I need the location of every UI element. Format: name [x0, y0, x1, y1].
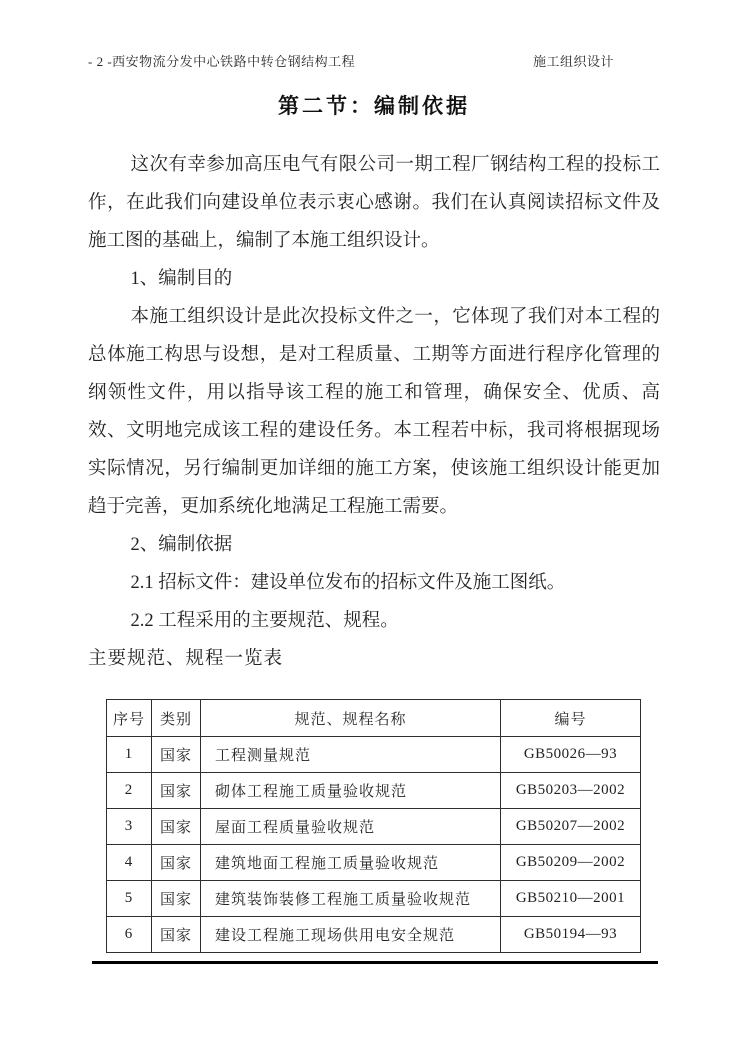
table-row: 3 国家 屋面工程质量验收规范 GB50207—2002 — [107, 809, 641, 845]
header-left-text: - 2 -西安物流分发中心铁路中转仓钢结构工程 — [88, 54, 355, 70]
cell-category: 国家 — [152, 809, 201, 845]
cell-name: 建设工程施工现场供用电安全规范 — [201, 917, 501, 953]
paragraph-intro: 这次有幸参加高压电气有限公司一期工程厂钢结构工程的投标工作，在此我们向建设单位表… — [88, 146, 660, 260]
column-header-category: 类别 — [152, 700, 201, 737]
cell-seq: 2 — [107, 773, 152, 809]
paragraph-purpose: 本施工组织设计是此次投标文件之一，它体现了我们对本工程的总体施工构思与设想，是对… — [88, 298, 660, 526]
cell-category: 国家 — [152, 737, 201, 773]
table-header-row: 序号 类别 规范、规程名称 编号 — [107, 700, 641, 737]
document-page: - 2 -西安物流分发中心铁路中转仓钢结构工程 施工组织设计 第二节：编制依据 … — [0, 0, 744, 1052]
cell-category: 国家 — [152, 845, 201, 881]
cell-code: GB50203—2002 — [501, 773, 641, 809]
cell-name: 建筑装饰装修工程施工质量验收规范 — [201, 881, 501, 917]
cell-code: GB50207—2002 — [501, 809, 641, 845]
footer-rule — [92, 961, 658, 964]
table-row: 6 国家 建设工程施工现场供用电安全规范 GB50194—93 — [107, 917, 641, 953]
heading-basis: 2、编制依据 — [88, 526, 660, 564]
cell-category: 国家 — [152, 917, 201, 953]
column-header-name: 规范、规程名称 — [201, 700, 501, 737]
section-title: 第二节：编制依据 — [88, 91, 660, 121]
cell-seq: 4 — [107, 845, 152, 881]
column-header-seq: 序号 — [107, 700, 152, 737]
item-codes-used: 2.2 工程采用的主要规范、规程。 — [88, 602, 660, 640]
table-title: 主要规范、规程一览表 — [88, 640, 660, 678]
table-row: 5 国家 建筑装饰装修工程施工质量验收规范 GB50210—2001 — [107, 881, 641, 917]
cell-seq: 6 — [107, 917, 152, 953]
cell-category: 国家 — [152, 773, 201, 809]
cell-name: 工程测量规范 — [201, 737, 501, 773]
cell-name: 屋面工程质量验收规范 — [201, 809, 501, 845]
cell-code: GB50194—93 — [501, 917, 641, 953]
header-right-text: 施工组织设计 — [533, 54, 660, 70]
standards-table: 序号 类别 规范、规程名称 编号 1 国家 工程测量规范 GB50026—93 … — [106, 699, 641, 953]
cell-code: GB50210—2001 — [501, 881, 641, 917]
table-row: 1 国家 工程测量规范 GB50026—93 — [107, 737, 641, 773]
item-bid-documents: 2.1 招标文件：建设单位发布的招标文件及施工图纸。 — [88, 564, 660, 602]
heading-purpose: 1、编制目的 — [88, 260, 660, 298]
table-row: 2 国家 砌体工程施工质量验收规范 GB50203—2002 — [107, 773, 641, 809]
cell-seq: 5 — [107, 881, 152, 917]
cell-name: 建筑地面工程施工质量验收规范 — [201, 845, 501, 881]
cell-name: 砌体工程施工质量验收规范 — [201, 773, 501, 809]
table-row: 4 国家 建筑地面工程施工质量验收规范 GB50209—2002 — [107, 845, 641, 881]
page-header: - 2 -西安物流分发中心铁路中转仓钢结构工程 施工组织设计 — [88, 54, 660, 70]
cell-category: 国家 — [152, 881, 201, 917]
document-body: 这次有幸参加高压电气有限公司一期工程厂钢结构工程的投标工作，在此我们向建设单位表… — [88, 146, 660, 678]
cell-code: GB50209—2002 — [501, 845, 641, 881]
cell-code: GB50026—93 — [501, 737, 641, 773]
column-header-code: 编号 — [501, 700, 641, 737]
cell-seq: 1 — [107, 737, 152, 773]
cell-seq: 3 — [107, 809, 152, 845]
